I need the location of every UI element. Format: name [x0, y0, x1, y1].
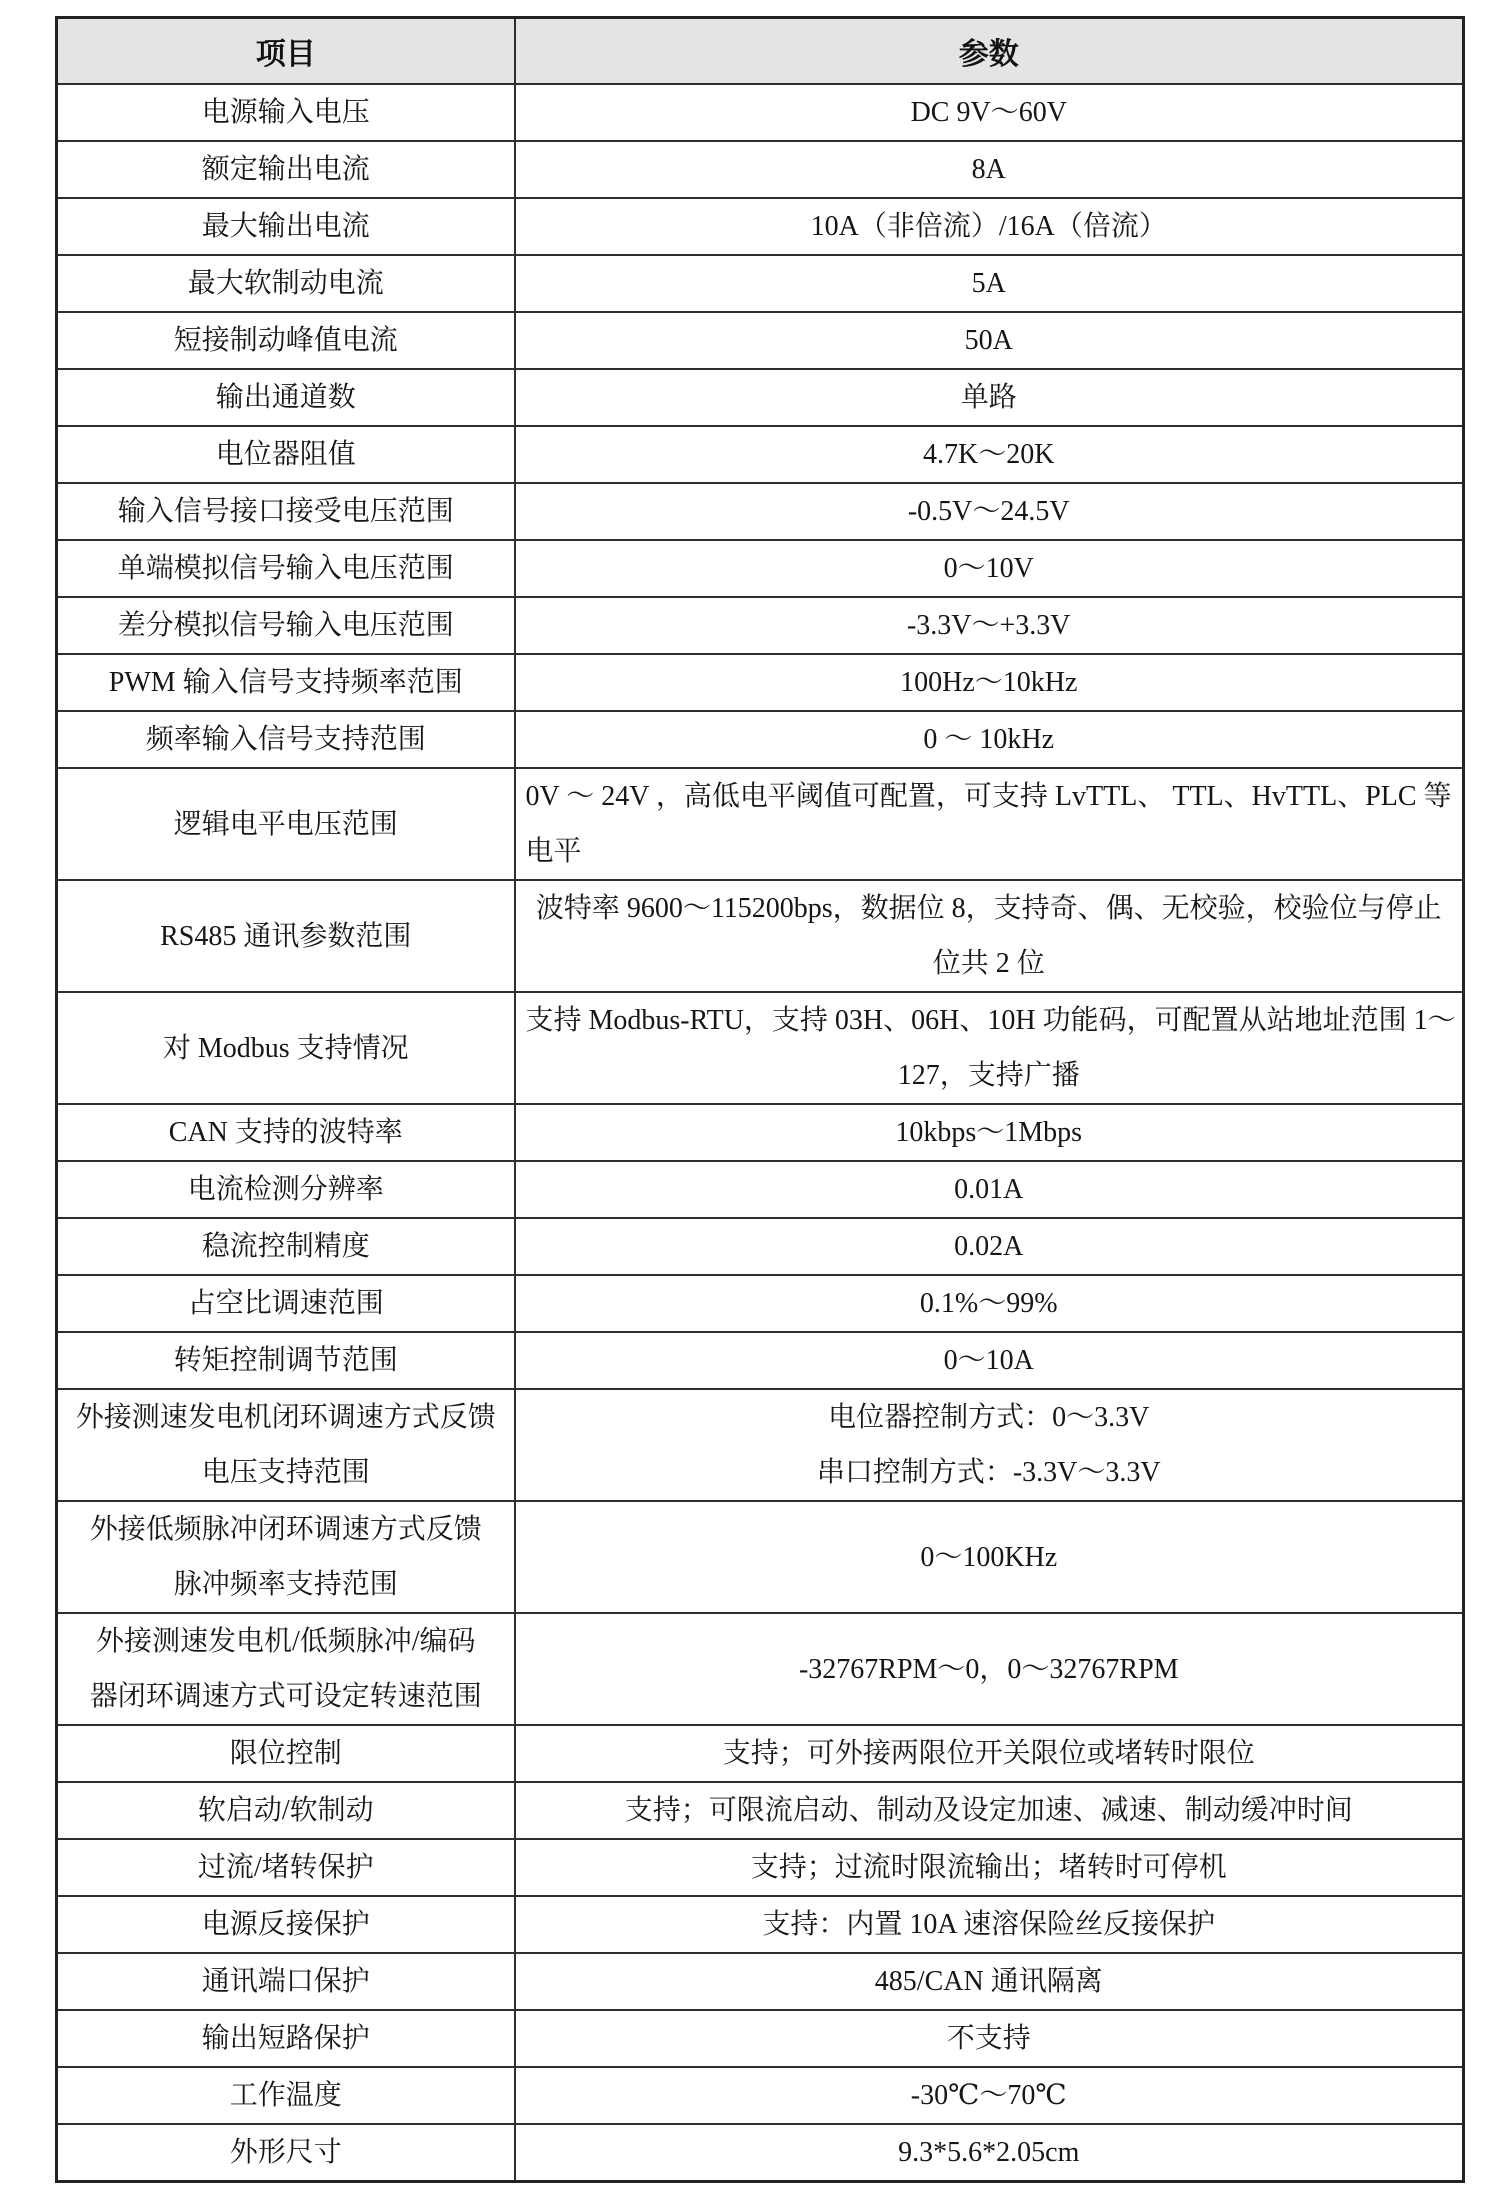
table-row: 电源反接保护支持：内置 10A 速溶保险丝反接保护 [57, 1896, 1464, 1953]
cell-line: -32767RPM～0，0～32767RPM [526, 1642, 1453, 1697]
table-row: 短接制动峰值电流50A [57, 312, 1464, 369]
item-cell: 过流/堵转保护 [57, 1839, 515, 1896]
table-row: 外接低频脉冲闭环调速方式反馈脉冲频率支持范围0～100KHz [57, 1501, 1464, 1613]
table-row: 额定输出电流8A [57, 141, 1464, 198]
cell-line: CAN 支持的波特率 [68, 1105, 504, 1160]
item-cell: 逻辑电平电压范围 [57, 768, 515, 880]
cell-line: 差分模拟信号输入电压范围 [68, 598, 504, 653]
header-param-cell: 参数 [515, 18, 1464, 85]
item-cell: 限位控制 [57, 1725, 515, 1782]
table-row: 最大软制动电流5A [57, 255, 1464, 312]
cell-line: 逻辑电平电压范围 [68, 797, 504, 852]
table-row: 最大输出电流10A（非倍流）/16A（倍流） [57, 198, 1464, 255]
cell-line: 10A（非倍流）/16A（倍流） [526, 199, 1453, 254]
cell-line: 稳流控制精度 [68, 1219, 504, 1274]
cell-line: 0 ～ 10kHz [526, 712, 1453, 767]
param-cell: 不支持 [515, 2010, 1464, 2067]
table-row: 软启动/软制动支持；可限流启动、制动及设定加速、减速、制动缓冲时间 [57, 1782, 1464, 1839]
item-cell: 输出通道数 [57, 369, 515, 426]
cell-line: 外接测速发电机/低频脉冲/编码 [68, 1614, 504, 1669]
cell-line: 单端模拟信号输入电压范围 [68, 541, 504, 596]
item-cell: 差分模拟信号输入电压范围 [57, 597, 515, 654]
param-cell: 单路 [515, 369, 1464, 426]
cell-line: 电流检测分辨率 [68, 1162, 504, 1217]
cell-line: 波特率 9600～115200bps，数据位 8，支持奇、偶、无校验，校验位与停… [526, 881, 1453, 936]
param-cell: 支持；可外接两限位开关限位或堵转时限位 [515, 1725, 1464, 1782]
param-cell: 5A [515, 255, 1464, 312]
cell-line: 0～10V [526, 541, 1453, 596]
cell-line: 电源输入电压 [68, 85, 504, 140]
cell-line: 转矩控制调节范围 [68, 1333, 504, 1388]
cell-line: 位共 2 位 [526, 936, 1453, 991]
page: 项目 参数 电源输入电压DC 9V～60V额定输出电流8A最大输出电流10A（非… [0, 0, 1500, 2191]
param-cell: -0.5V～24.5V [515, 483, 1464, 540]
param-cell: -32767RPM～0，0～32767RPM [515, 1613, 1464, 1725]
cell-line: 0～10A [526, 1333, 1453, 1388]
table-row: 外形尺寸9.3*5.6*2.05cm [57, 2124, 1464, 2182]
table-row: 工作温度-30℃～70℃ [57, 2067, 1464, 2124]
cell-line: 电平 [526, 824, 1453, 879]
header-row: 项目 参数 [57, 18, 1464, 85]
cell-line: 0～100KHz [526, 1530, 1453, 1585]
cell-line: 0.1%～99% [526, 1276, 1453, 1331]
param-cell: 10kbps～1Mbps [515, 1104, 1464, 1161]
item-cell: 最大软制动电流 [57, 255, 515, 312]
table-row: 转矩控制调节范围0～10A [57, 1332, 1464, 1389]
item-cell: 工作温度 [57, 2067, 515, 2124]
table-row: 输入信号接口接受电压范围-0.5V～24.5V [57, 483, 1464, 540]
item-cell: 软启动/软制动 [57, 1782, 515, 1839]
table-row: 输出通道数单路 [57, 369, 1464, 426]
table-row: 逻辑电平电压范围0V ～ 24V ，高低电平阈值可配置，可支持 LvTTL、 T… [57, 768, 1464, 880]
item-cell: 转矩控制调节范围 [57, 1332, 515, 1389]
table-row: 稳流控制精度0.02A [57, 1218, 1464, 1275]
param-cell: -3.3V～+3.3V [515, 597, 1464, 654]
cell-line: 对 Modbus 支持情况 [68, 1021, 504, 1076]
cell-line: 占空比调速范围 [68, 1276, 504, 1331]
item-cell: 输出短路保护 [57, 2010, 515, 2067]
param-cell: 0～10V [515, 540, 1464, 597]
item-cell: 通讯端口保护 [57, 1953, 515, 2010]
cell-line: 支持：内置 10A 速溶保险丝反接保护 [526, 1897, 1453, 1952]
cell-line: 额定输出电流 [68, 142, 504, 197]
cell-line: 软启动/软制动 [68, 1783, 504, 1838]
param-cell: 485/CAN 通讯隔离 [515, 1953, 1464, 2010]
cell-line: 50A [526, 313, 1453, 368]
table-body: 电源输入电压DC 9V～60V额定输出电流8A最大输出电流10A（非倍流）/16… [57, 84, 1464, 2182]
table-row: 电位器阻值4.7K～20K [57, 426, 1464, 483]
cell-line: 单路 [526, 370, 1453, 425]
table-row: 输出短路保护不支持 [57, 2010, 1464, 2067]
cell-line: 不支持 [526, 2011, 1453, 2066]
cell-line: 外接低频脉冲闭环调速方式反馈 [68, 1502, 504, 1557]
item-cell: 外接低频脉冲闭环调速方式反馈脉冲频率支持范围 [57, 1501, 515, 1613]
cell-line: 输入信号接口接受电压范围 [68, 484, 504, 539]
param-cell: 0.01A [515, 1161, 1464, 1218]
param-cell: 0～10A [515, 1332, 1464, 1389]
table-row: 差分模拟信号输入电压范围-3.3V～+3.3V [57, 597, 1464, 654]
cell-line: 频率输入信号支持范围 [68, 712, 504, 767]
param-cell: 9.3*5.6*2.05cm [515, 2124, 1464, 2182]
cell-line: 过流/堵转保护 [68, 1840, 504, 1895]
item-cell: 单端模拟信号输入电压范围 [57, 540, 515, 597]
cell-line: 器闭环调速方式可设定转速范围 [68, 1669, 504, 1724]
table-row: PWM 输入信号支持频率范围100Hz～10kHz [57, 654, 1464, 711]
item-cell: 短接制动峰值电流 [57, 312, 515, 369]
header-item-cell: 项目 [57, 18, 515, 85]
param-cell: 电位器控制方式：0～3.3V串口控制方式：-3.3V～3.3V [515, 1389, 1464, 1501]
item-cell: 外接测速发电机闭环调速方式反馈电压支持范围 [57, 1389, 515, 1501]
cell-line: -30℃～70℃ [526, 2068, 1453, 2123]
cell-line: 支持；过流时限流输出；堵转时可停机 [526, 1840, 1453, 1895]
cell-line: 电位器阻值 [68, 427, 504, 482]
item-cell: 电位器阻值 [57, 426, 515, 483]
cell-line: 最大软制动电流 [68, 256, 504, 311]
spec-table: 项目 参数 电源输入电压DC 9V～60V额定输出电流8A最大输出电流10A（非… [55, 16, 1465, 2183]
table-row: 电流检测分辨率0.01A [57, 1161, 1464, 1218]
cell-line: 5A [526, 256, 1453, 311]
item-cell: 占空比调速范围 [57, 1275, 515, 1332]
cell-line: 485/CAN 通讯隔离 [526, 1954, 1453, 2009]
param-cell: DC 9V～60V [515, 84, 1464, 141]
param-cell: 4.7K～20K [515, 426, 1464, 483]
item-cell: CAN 支持的波特率 [57, 1104, 515, 1161]
item-cell: 外接测速发电机/低频脉冲/编码器闭环调速方式可设定转速范围 [57, 1613, 515, 1725]
cell-line: 支持；可外接两限位开关限位或堵转时限位 [526, 1726, 1453, 1781]
cell-line: 外接测速发电机闭环调速方式反馈 [68, 1390, 504, 1445]
item-cell: 额定输出电流 [57, 141, 515, 198]
item-cell: PWM 输入信号支持频率范围 [57, 654, 515, 711]
cell-line: 电源反接保护 [68, 1897, 504, 1952]
cell-line: 4.7K～20K [526, 427, 1453, 482]
item-cell: 稳流控制精度 [57, 1218, 515, 1275]
cell-line: 0.01A [526, 1162, 1453, 1217]
param-cell: -30℃～70℃ [515, 2067, 1464, 2124]
cell-line: -3.3V～+3.3V [526, 598, 1453, 653]
cell-line: 127，支持广播 [526, 1048, 1453, 1103]
cell-line: 外形尺寸 [68, 2125, 504, 2180]
cell-line: 10kbps～1Mbps [526, 1105, 1453, 1160]
param-cell: 0.02A [515, 1218, 1464, 1275]
table-row: CAN 支持的波特率10kbps～1Mbps [57, 1104, 1464, 1161]
param-cell: 0 ～ 10kHz [515, 711, 1464, 768]
param-cell: 0.1%～99% [515, 1275, 1464, 1332]
param-cell: 支持；可限流启动、制动及设定加速、减速、制动缓冲时间 [515, 1782, 1464, 1839]
cell-line: 支持；可限流启动、制动及设定加速、减速、制动缓冲时间 [526, 1783, 1453, 1838]
cell-line: 电压支持范围 [68, 1445, 504, 1500]
param-cell: 支持；过流时限流输出；堵转时可停机 [515, 1839, 1464, 1896]
cell-line: 0.02A [526, 1219, 1453, 1274]
cell-line: 9.3*5.6*2.05cm [526, 2125, 1453, 2180]
cell-line: -0.5V～24.5V [526, 484, 1453, 539]
cell-line: RS485 通讯参数范围 [68, 909, 504, 964]
item-cell: RS485 通讯参数范围 [57, 880, 515, 992]
item-cell: 最大输出电流 [57, 198, 515, 255]
item-cell: 电源输入电压 [57, 84, 515, 141]
cell-line: 脉冲频率支持范围 [68, 1557, 504, 1612]
item-cell: 对 Modbus 支持情况 [57, 992, 515, 1104]
param-cell: 0V ～ 24V ，高低电平阈值可配置，可支持 LvTTL、 TTL、HvTTL… [515, 768, 1464, 880]
cell-line: 8A [526, 142, 1453, 197]
param-cell: 0～100KHz [515, 1501, 1464, 1613]
table-row: 过流/堵转保护支持；过流时限流输出；堵转时可停机 [57, 1839, 1464, 1896]
param-cell: 支持 Modbus-RTU，支持 03H、06H、10H 功能码，可配置从站地址… [515, 992, 1464, 1104]
cell-line: 输出短路保护 [68, 2011, 504, 2066]
table-row: 通讯端口保护485/CAN 通讯隔离 [57, 1953, 1464, 2010]
cell-line: 限位控制 [68, 1726, 504, 1781]
table-row: RS485 通讯参数范围波特率 9600～115200bps，数据位 8，支持奇… [57, 880, 1464, 992]
table-row: 电源输入电压DC 9V～60V [57, 84, 1464, 141]
cell-line: 最大输出电流 [68, 199, 504, 254]
table-row: 占空比调速范围0.1%～99% [57, 1275, 1464, 1332]
param-cell: 100Hz～10kHz [515, 654, 1464, 711]
item-cell: 输入信号接口接受电压范围 [57, 483, 515, 540]
param-cell: 波特率 9600～115200bps，数据位 8，支持奇、偶、无校验，校验位与停… [515, 880, 1464, 992]
table-row: 外接测速发电机/低频脉冲/编码器闭环调速方式可设定转速范围-32767RPM～0… [57, 1613, 1464, 1725]
cell-line: 0V ～ 24V ，高低电平阈值可配置，可支持 LvTTL、 TTL、HvTTL… [526, 769, 1453, 824]
table-row: 单端模拟信号输入电压范围0～10V [57, 540, 1464, 597]
param-cell: 10A（非倍流）/16A（倍流） [515, 198, 1464, 255]
table-row: 外接测速发电机闭环调速方式反馈电压支持范围电位器控制方式：0～3.3V串口控制方… [57, 1389, 1464, 1501]
cell-line: DC 9V～60V [526, 85, 1453, 140]
item-cell: 电流检测分辨率 [57, 1161, 515, 1218]
item-cell: 电源反接保护 [57, 1896, 515, 1953]
item-cell: 频率输入信号支持范围 [57, 711, 515, 768]
table-row: 对 Modbus 支持情况支持 Modbus-RTU，支持 03H、06H、10… [57, 992, 1464, 1104]
cell-line: 电位器控制方式：0～3.3V [526, 1390, 1453, 1445]
cell-line: 工作温度 [68, 2068, 504, 2123]
table-row: 频率输入信号支持范围0 ～ 10kHz [57, 711, 1464, 768]
param-cell: 支持：内置 10A 速溶保险丝反接保护 [515, 1896, 1464, 1953]
item-cell: 外形尺寸 [57, 2124, 515, 2182]
param-cell: 50A [515, 312, 1464, 369]
cell-line: 输出通道数 [68, 370, 504, 425]
table-row: 限位控制支持；可外接两限位开关限位或堵转时限位 [57, 1725, 1464, 1782]
cell-line: 通讯端口保护 [68, 1954, 504, 2009]
param-cell: 8A [515, 141, 1464, 198]
cell-line: 支持 Modbus-RTU，支持 03H、06H、10H 功能码，可配置从站地址… [526, 993, 1453, 1048]
cell-line: 短接制动峰值电流 [68, 313, 504, 368]
cell-line: 串口控制方式：-3.3V～3.3V [526, 1445, 1453, 1500]
cell-line: 100Hz～10kHz [526, 655, 1453, 710]
cell-line: PWM 输入信号支持频率范围 [68, 655, 504, 710]
